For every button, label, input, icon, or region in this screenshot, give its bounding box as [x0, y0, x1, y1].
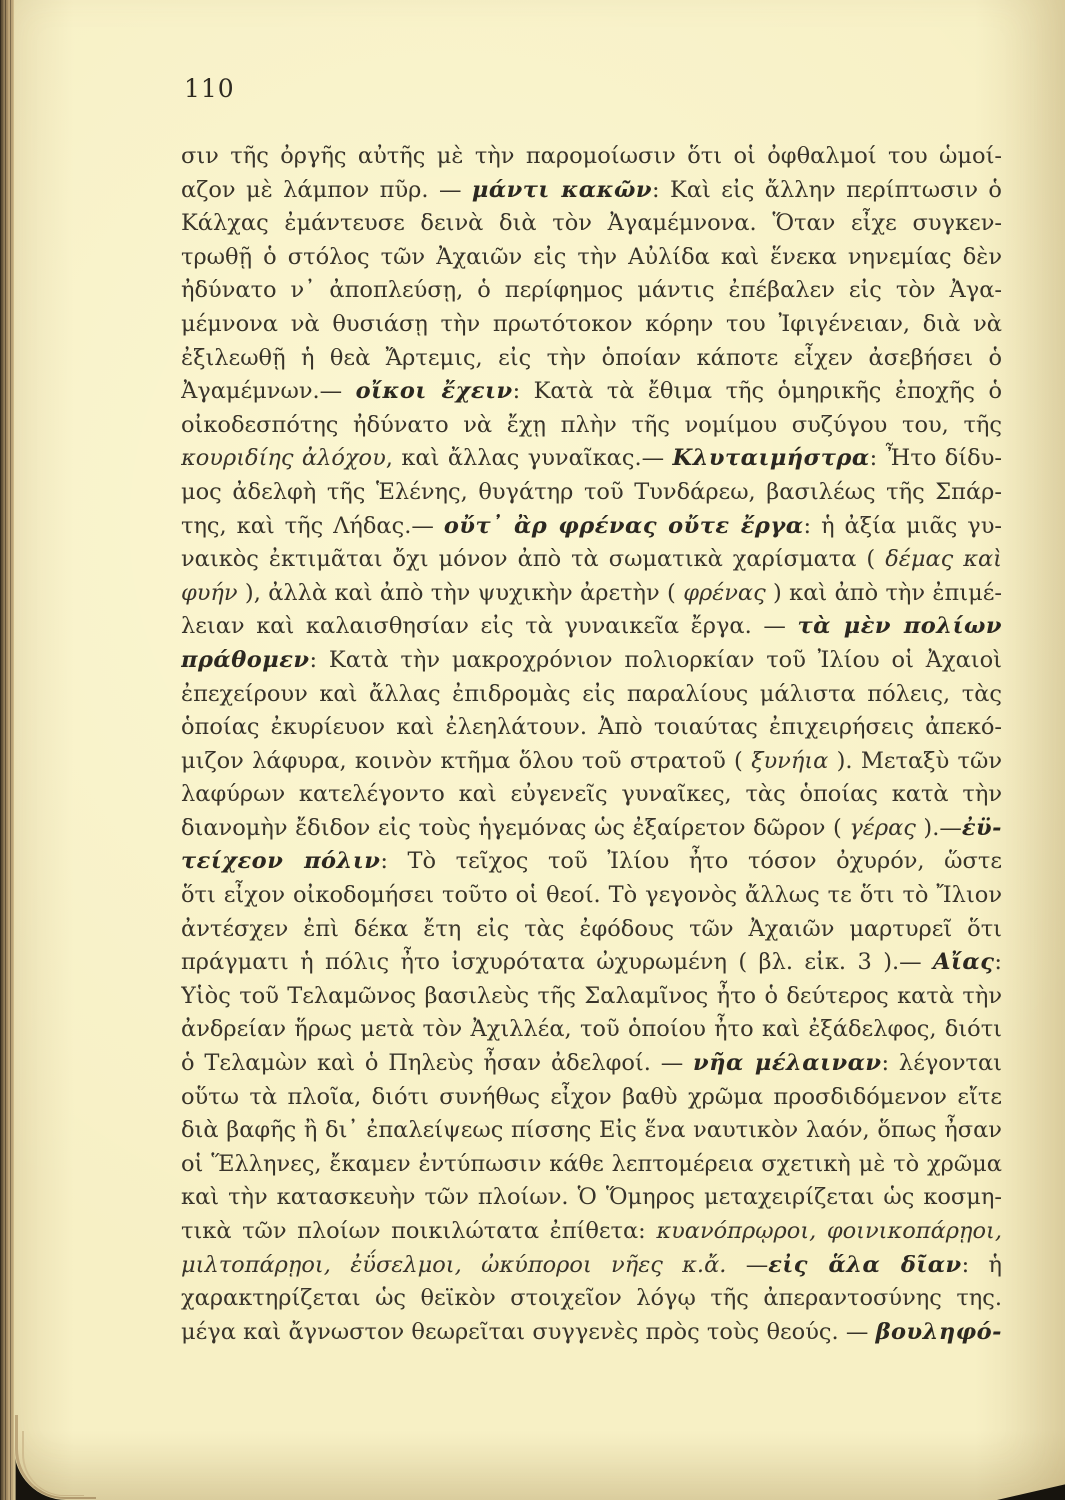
- text-segment: λαφύρων κατελέγοντο καὶ εὐγενεῖς γυναῖκε…: [181, 781, 1002, 807]
- text-segment: ).—: [916, 815, 962, 841]
- text-segment: ἐϋ-: [962, 815, 1002, 841]
- text-line: ἐπεχείρουν καὶ ἄλλας ἐπιδρομὰς εἰς παραλ…: [181, 678, 1002, 712]
- text-segment: κυανόπρῳροι, φοινικοπάρῃοι,: [656, 1218, 1002, 1244]
- text-segment: εἰς ἅλα δῖαν: [768, 1252, 961, 1278]
- text-line: μιζον λάφυρα, κοινὸν κτῆμα ὅλου τοῦ στρα…: [181, 745, 1002, 779]
- text-segment: αζον μὲ λάμπον πῦρ. —: [181, 177, 472, 203]
- text-segment: διὰ βαφῆς ἢ δι᾽ ἐπαλείψεως πίσσης Εἰς ἕν…: [181, 1117, 1002, 1143]
- text-segment: ἐπεχείρουν καὶ ἄλλας ἐπιδρομὰς εἰς παραλ…: [181, 681, 1002, 707]
- text-segment: ἀντέσχεν ἐπὶ δέκα ἔτη εἰς τὰς ἐφόδους τῶ…: [181, 916, 1002, 942]
- text-line: μος ἀδελφὴ τῆς Ἑλένης, θυγάτηρ τοῦ Τυνδά…: [181, 476, 1002, 510]
- text-segment: Ἀγαμέμνων.—: [181, 378, 356, 404]
- text-segment: ἀνδρείαν ἥρως μετὰ τὸν Ἀχιλλέα, τοῦ ὁποί…: [181, 1016, 1002, 1042]
- text-line: οἰκοδεσπότης ἠδύνατο νὰ ἔχῃ πλὴν τῆς νομ…: [181, 409, 1002, 443]
- text-line: πράθομεν: Κατὰ τὴν μακροχρόνιον πολιορκί…: [181, 644, 1002, 678]
- page-text-block: σιν τῆς ὀργῆς αὐτῆς μὲ τὴν παρομοίωσιν ὅ…: [181, 140, 1002, 1349]
- text-segment: τρωθῇ ὁ στόλος τῶν Ἀχαιῶν εἰς τὴν Αὐλίδα…: [181, 244, 1002, 270]
- text-line: λαφύρων κατελέγοντο καὶ εὐγενεῖς γυναῖκε…: [181, 778, 1002, 812]
- text-line: μέμνονα νὰ θυσιάσῃ τὴν πρωτότοκον κόρην …: [181, 308, 1002, 342]
- text-segment: ). Μεταξὺ τῶν: [828, 748, 1002, 774]
- text-line: κουριδίης ἀλόχου, καὶ ἄλλας γυναῖκας.— Κ…: [181, 442, 1002, 476]
- text-segment: ἐξιλεωθῇ ἡ θεὰ Ἄρτεμις, εἰς τὴν ὁποίαν κ…: [181, 345, 1002, 371]
- text-line: φυήν ), ἀλλὰ καὶ ἀπὸ τὴν ψυχικὴν ἀρετὴν …: [181, 577, 1002, 611]
- text-segment: Υἱὸς τοῦ Τελαμῶνος βασιλεὺς τῆς Σαλαμῖνο…: [181, 983, 1002, 1009]
- text-segment: : Ἦτο δίδυ-: [870, 445, 1002, 471]
- text-segment: μέμνονα νὰ θυσιάσῃ τὴν πρωτότοκον κόρην …: [181, 311, 1002, 337]
- text-segment: Κλυταιμήστρα: [673, 445, 870, 471]
- text-line: διανομὴν ἔδιδον εἰς τοὺς ἡγεμόνας ὡς ἐξα…: [181, 812, 1002, 846]
- text-segment: ὅτι εἶχον οἰκοδομήσει τοῦτο οἱ θεοί. Τὸ …: [181, 882, 1002, 908]
- text-segment: οἰκοδεσπότης ἠδύνατο νὰ ἔχῃ πλὴν τῆς νομ…: [181, 412, 1002, 438]
- text-segment: μιζον λάφυρα, κοινὸν κτῆμα ὅλου τοῦ στρα…: [181, 748, 751, 774]
- text-line: Κάλχας ἐμάντευσε δεινὰ διὰ τὸν Ἀγαμέμνον…: [181, 207, 1002, 241]
- text-segment: κουριδίης ἀλόχου: [181, 445, 386, 471]
- text-segment: : λέγονται: [882, 1050, 1002, 1076]
- text-line: ἐξιλεωθῇ ἡ θεὰ Ἄρτεμις, εἰς τὴν ὁποίαν κ…: [181, 342, 1002, 376]
- text-line: μέγα καὶ ἄγνωστον θεωρεῖται συγγενὲς πρὸ…: [181, 1316, 1002, 1350]
- text-segment: : ἡ ἀξία μιᾶς γυ-: [804, 513, 1002, 539]
- text-segment: οὔτ᾽ ἂρ φρένας οὔτε ἔργα: [444, 513, 804, 539]
- text-line: σιν τῆς ὀργῆς αὐτῆς μὲ τὴν παρομοίωσιν ὅ…: [181, 140, 1002, 174]
- text-segment: πράγματι ἡ πόλις ἦτο ἰσχυρότατα ὠχυρωμέν…: [181, 949, 933, 975]
- text-segment: ἠδύνατο ν᾽ ἀποπλεύσῃ, ὁ περίφημος μάντις…: [181, 277, 1002, 303]
- text-line: ἠδύνατο ν᾽ ἀποπλεύσῃ, ὁ περίφημος μάντις…: [181, 274, 1002, 308]
- text-segment: οἴκοι ἔχειν: [356, 378, 513, 404]
- text-segment: ὁ Τελαμὼν καὶ ὁ Πηλεὺς ἦσαν ἀδελφοί. —: [181, 1050, 693, 1076]
- text-line: αζον μὲ λάμπον πῦρ. — μάντι κακῶν: Καὶ ε…: [181, 174, 1002, 208]
- text-segment: ) καὶ ἀπὸ τὴν ἐπιμέ-: [766, 580, 1002, 606]
- text-line: ἀνδρείαν ἥρως μετὰ τὸν Ἀχιλλέα, τοῦ ὁποί…: [181, 1013, 1002, 1047]
- text-line: ὁποίας ἐκυρίευον καὶ ἐλεηλάτουν. Ἀπὸ τοι…: [181, 711, 1002, 745]
- text-segment: μιλτοπάρῃοι, ἐΰσελμοι, ὠκύποροι νῆες κ.ἄ…: [181, 1252, 726, 1278]
- text-segment: σιν τῆς ὀργῆς αὐτῆς μὲ τὴν παρομοίωσιν ὅ…: [181, 143, 1002, 169]
- text-line: διὰ βαφῆς ἢ δι᾽ ἐπαλείψεως πίσσης Εἰς ἕν…: [181, 1114, 1002, 1148]
- text-segment: οἱ Ἕλληνες, ἔκαμεν ἐντύπωσιν κάθε λεπτομ…: [181, 1151, 1002, 1177]
- text-line: τείχεον πόλιν: Τὸ τεῖχος τοῦ Ἰλίου ἦτο τ…: [181, 845, 1002, 879]
- text-line: τρωθῇ ὁ στόλος τῶν Ἀχαιῶν εἰς τὴν Αὐλίδα…: [181, 241, 1002, 275]
- text-segment: Κάλχας ἐμάντευσε δεινὰ διὰ τὸν Ἀγαμέμνον…: [181, 210, 1002, 236]
- text-segment: τικὰ τῶν πλοίων ποικιλώτατα ἐπίθετα:: [181, 1218, 656, 1244]
- text-segment: λειαν καὶ καλαισθησίαν εἰς τὰ γυναικεῖα …: [181, 613, 798, 639]
- page-paper: 110 σιν τῆς ὀργῆς αὐτῆς μὲ τὴν παρομοίωσ…: [14, 0, 1065, 1500]
- text-segment: της, καὶ τῆς Λήδας.—: [181, 513, 444, 539]
- text-segment: χαρακτηρίζεται ὡς θεϊκὸν στοιχεῖον λόγῳ …: [181, 1285, 1002, 1316]
- text-segment: μος ἀδελφὴ τῆς Ἑλένης, θυγάτηρ τοῦ Τυνδά…: [181, 479, 1002, 505]
- text-line: μιλτοπάρῃοι, ἐΰσελμοι, ὠκύποροι νῆες κ.ἄ…: [181, 1249, 1002, 1283]
- text-segment: —: [726, 1252, 768, 1278]
- text-line: πράγματι ἡ πόλις ἦτο ἰσχυρότατα ὠχυρωμέν…: [181, 946, 1002, 980]
- text-segment: βουληφό-: [876, 1319, 1002, 1345]
- text-segment: ξυνήια: [751, 748, 828, 774]
- text-segment: Αἴας: [933, 949, 994, 975]
- text-line: χαρακτηρίζεται ὡς θεϊκὸν στοιχεῖον λόγῳ …: [181, 1282, 1002, 1316]
- text-line: οἱ Ἕλληνες, ἔκαμεν ἐντύπωσιν κάθε λεπτομ…: [181, 1148, 1002, 1182]
- text-segment: , καὶ ἄλλας γυναῖκας.—: [386, 445, 673, 471]
- text-segment: φρένας: [683, 580, 766, 606]
- text-segment: ναικὸς ἐκτιμᾶται ὄχι μόνον ἀπὸ τὰ σωματι…: [181, 546, 885, 572]
- text-line: ὁ Τελαμὼν καὶ ὁ Πηλεὺς ἦσαν ἀδελφοί. — ν…: [181, 1047, 1002, 1081]
- page-number: 110: [184, 74, 235, 103]
- text-segment: μάντι κακῶν: [472, 177, 652, 203]
- text-line: Υἱὸς τοῦ Τελαμῶνος βασιλεὺς τῆς Σαλαμῖνο…: [181, 980, 1002, 1014]
- text-segment: : Κατὰ τὰ ἔθιμα τῆς ὁμηρικῆς ἐποχῆς ὁ: [513, 378, 1002, 404]
- text-segment: :: [994, 949, 1002, 975]
- text-segment: : Κατὰ τὴν μακροχρόνιον πολιορκίαν τοῦ Ἰ…: [310, 647, 1002, 673]
- text-line: ναικὸς ἐκτιμᾶται ὄχι μόνον ἀπὸ τὰ σωματι…: [181, 543, 1002, 577]
- text-segment: φυήν: [181, 580, 238, 606]
- text-segment: νῆα μέλαιναν: [693, 1050, 881, 1076]
- text-line: της, καὶ τῆς Λήδας.— οὔτ᾽ ἂρ φρένας οὔτε…: [181, 510, 1002, 544]
- text-segment: καὶ τὴν κατασκευὴν τῶν πλοίων. Ὁ Ὅμηρος …: [181, 1184, 1002, 1210]
- text-line: λειαν καὶ καλαισθησίαν εἰς τὰ γυναικεῖα …: [181, 610, 1002, 644]
- text-line: τικὰ τῶν πλοίων ποικιλώτατα ἐπίθετα: κυα…: [181, 1215, 1002, 1249]
- text-line: Ἀγαμέμνων.— οἴκοι ἔχειν: Κατὰ τὰ ἔθιμα τ…: [181, 375, 1002, 409]
- text-line: ἀντέσχεν ἐπὶ δέκα ἔτη εἰς τὰς ἐφόδους τῶ…: [181, 913, 1002, 947]
- text-segment: τείχεον πόλιν: [181, 848, 380, 874]
- text-segment: μέγα καὶ ἄγνωστον θεωρεῖται συγγενὲς πρὸ…: [181, 1319, 876, 1345]
- text-segment: ), ἀλλὰ καὶ ἀπὸ τὴν ψυχικὴν ἀρετὴν (: [238, 580, 684, 606]
- text-segment: δέμας καὶ: [885, 546, 1002, 572]
- text-line: οὕτω τὰ πλοῖα, διότι συνήθως εἶχον βαθὺ …: [181, 1081, 1002, 1115]
- text-segment: ὁποίας ἐκυρίευον καὶ ἐλεηλάτουν. Ἀπὸ τοι…: [181, 714, 1002, 740]
- text-line: καὶ τὴν κατασκευὴν τῶν πλοίων. Ὁ Ὅμηρος …: [181, 1181, 1002, 1215]
- text-segment: γέρας: [849, 815, 916, 841]
- scanned-book-page: 110 σιν τῆς ὀργῆς αὐτῆς μὲ τὴν παρομοίωσ…: [0, 0, 1065, 1500]
- text-segment: οὕτω τὰ πλοῖα, διότι συνήθως εἶχον βαθὺ …: [181, 1084, 1002, 1110]
- text-line: ὅτι εἶχον οἰκοδομήσει τοῦτο οἱ θεοί. Τὸ …: [181, 879, 1002, 913]
- text-segment: διανομὴν ἔδιδον εἰς τοὺς ἡγεμόνας ὡς ἐξα…: [181, 815, 849, 841]
- text-segment: πράθομεν: [181, 647, 310, 673]
- text-segment: : Καὶ εἰς ἄλλην περίπτωσιν ὁ: [652, 177, 1002, 203]
